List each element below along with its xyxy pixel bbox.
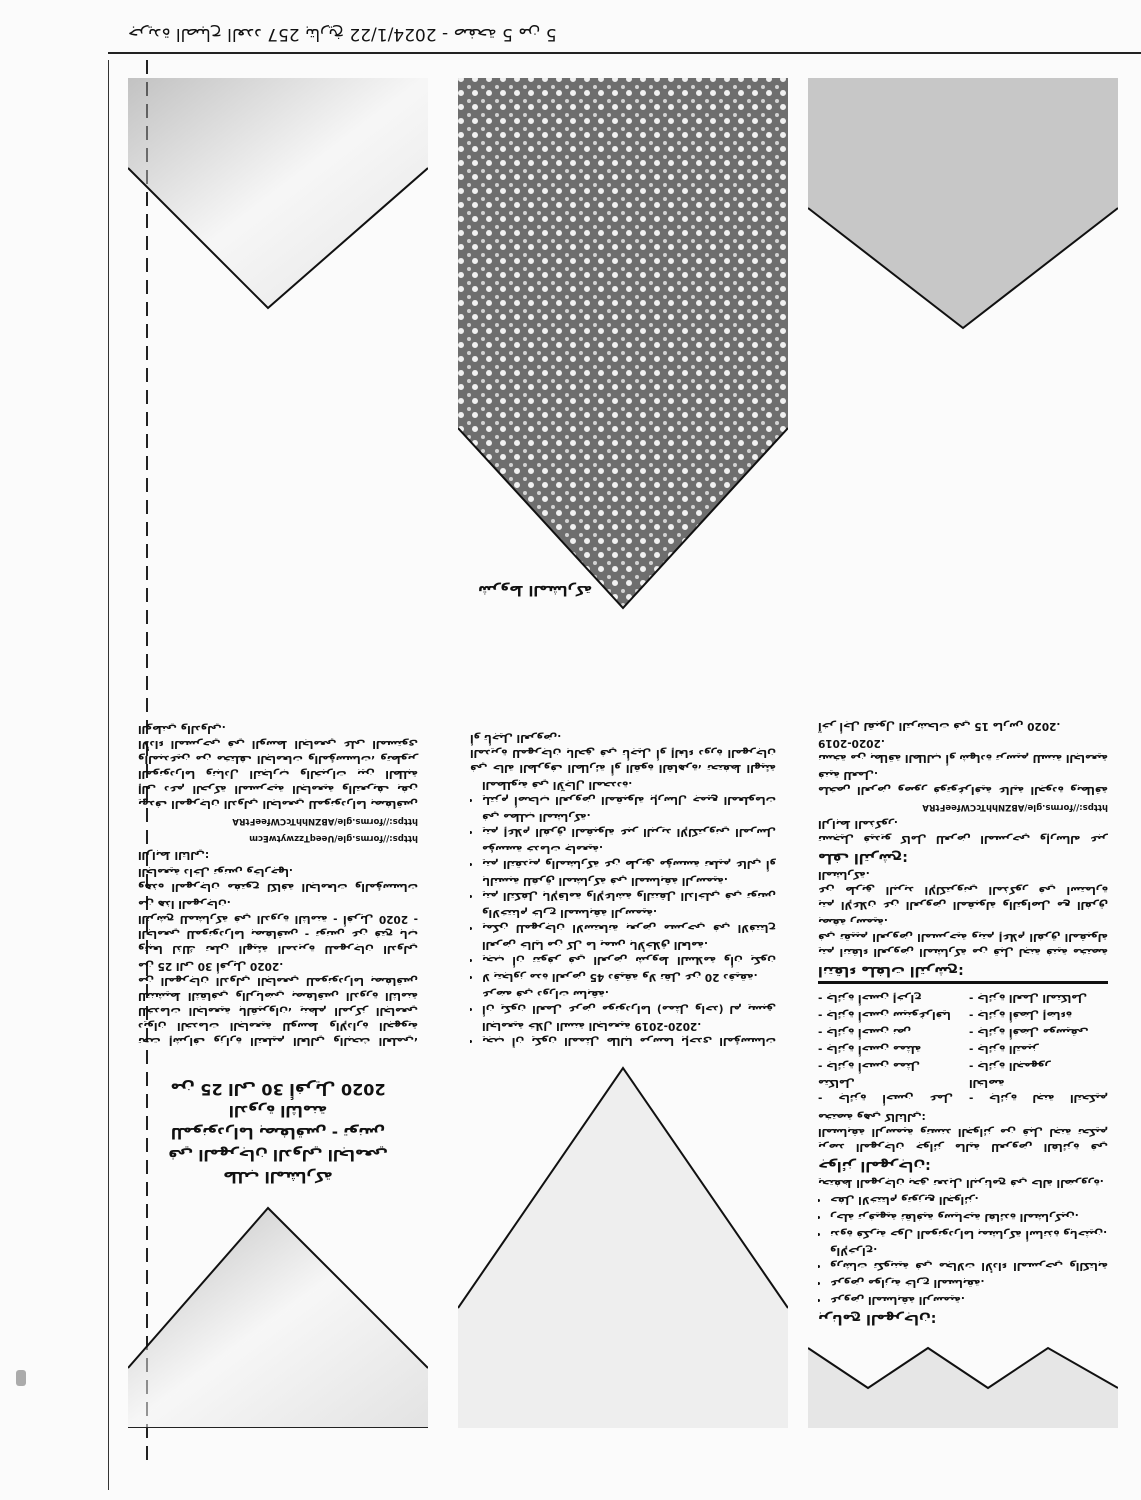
panel-application: برنامج المهرجان: عروض المسابقة الرسمية. … [808, 78, 1118, 1428]
cover-title-line: طلب المشاركة [138, 1166, 418, 1188]
scanned-page: جريدة الصباح العدد 257 بتاريخ 2024/1/22 … [0, 0, 1141, 1500]
award-item: جائزة أحسن ممثلة [818, 1041, 953, 1056]
condition-item: يتم التكفل بالإقامة والإعاشة والتنقل الد… [482, 873, 776, 903]
selection-paragraph: يتم انتقاء العروض المشاركة من قبل لجنة ف… [818, 914, 1108, 959]
awards-list-b: جائزة لجنة التحكيم الخاصة جائزة الجمهور … [969, 988, 1108, 1105]
condition-item: لا يتجاوز مدة العرض 45 دقيقة ولا تقل عن … [482, 969, 776, 984]
award-item: جائزة أحسن ممثل [818, 1058, 953, 1073]
awards-intro: يرصد المهرجان جوائز مالية للعروض الفائزة… [818, 1109, 1108, 1154]
intro-paragraph: وتبعا لذلك تعلن الهيئة المديرة للمهرجان … [138, 896, 418, 956]
conditions-block: يجب أن يكون الممثل طالبا مرسما بإحدى الم… [470, 618, 776, 1048]
condition-item: يلتزم أصحاب العروض المقبولة بإرسال جميع … [482, 777, 776, 807]
award-item: جائزة العمل المتكامل [969, 990, 1108, 1005]
cover-title-line: في المهرجان الدولي الجامعي [138, 1144, 418, 1166]
registration-link[interactable]: https://forms.gle/ABZNhhTcCWfeeFtRA [138, 813, 418, 828]
application-heading: ملف الترشح: [818, 850, 1108, 865]
awards-list-a: جائزة أحسن عمل متكامل جائزة أحسن ممثل جا… [818, 988, 953, 1105]
intro-paragraph: تحت إشراف وزارة التعليم العالي والبحث ال… [138, 958, 418, 1048]
award-item: جائزة أحسن سينوغرافيا [818, 1007, 953, 1022]
program-item: ندوة فكرية حول المونودراما بمشاركة أساتذ… [830, 1226, 1108, 1241]
condition-item: يجب أن يكون الممثل طالبا مرسما بإحدى الم… [482, 1018, 776, 1048]
application-paragraph: نسخة من بطاقة الطالب أو شهادة ترسيم للسن… [818, 735, 1108, 765]
application-paragraph: تسجيل فيديو كامل للعرض المسرحي وإرساله ع… [818, 816, 1108, 846]
program-heading: برنامج المهرجان: [818, 1311, 1108, 1326]
brochure-rotated: جريدة الصباح العدد 257 بتاريخ 2024/1/22 … [108, 58, 1141, 1448]
awards-lists: جائزة أحسن عمل متكامل جائزة أحسن ممثل جا… [818, 988, 1108, 1105]
program-closing: يحتفظ المهرجان بحق تعديل البرنامج في حال… [818, 1175, 1108, 1190]
selection-heading: انتقاء ملفات الترشح: [818, 963, 1108, 978]
program-item: حفل الاختتام وتوزيع الجوائز. [830, 1192, 1108, 1207]
program-item: رحلة ترفيهية ثقافية وسياحية لفائدة المشا… [830, 1209, 1108, 1224]
application-link[interactable]: https://forms.gle/ABZNhhTcCWfeeFtRA [818, 799, 1108, 814]
award-item: جائزة أفضل موسيقى [969, 1024, 1108, 1039]
selection-paragraph: يتم الإعلان عن العروض المقبولة والتواصل … [818, 867, 1108, 912]
program-item: عروض المسابقة الرسمية. [830, 1292, 1108, 1307]
objectives-paragraph: يهدف المهرجان الدولي الجامعي للمونودراما… [138, 721, 418, 811]
award-item: جائزة أحسن إخراج [818, 990, 953, 1005]
cover-block: طلب المشاركة في المهرجان الدولي الجامعي … [138, 719, 418, 1188]
cover-dates: من 25 الى 30 أفريل 2020 [138, 1078, 418, 1100]
award-item: جائزة التميز [969, 1041, 1108, 1056]
intro-paragraph: وهذه المهرجان مفتوح لكافة الجامعات والمؤ… [138, 864, 418, 894]
program-item: عروض موازية خارج المسابقة. [830, 1275, 1108, 1290]
page-header: جريدة الصباح العدد 257 بتاريخ 2024/1/22 … [128, 24, 811, 44]
awards-heading: جوائز المهرجان: [818, 1158, 1108, 1173]
award-item: جائزة أحسن نص [818, 1024, 953, 1039]
application-block: برنامج المهرجان: عروض المسابقة الرسمية. … [818, 338, 1108, 1328]
cover-title-line: للمونودراما بصفاقس - تونس [138, 1122, 418, 1144]
award-item: جائزة الجمهور [969, 1058, 1108, 1073]
scan-smudge [16, 1370, 26, 1386]
application-paragraph: ملخص العرض وصور فوتوغرافية عالية الجودة … [818, 767, 1108, 797]
condition-item: يتم التقديم والمشاركة عن طريق مؤسسة تعلي… [482, 841, 776, 871]
condition-item: يتم إعلام الفرق المقبولة عبر البريد الإل… [482, 809, 776, 839]
awards-divider [818, 981, 1108, 984]
award-item: جائزة أفضل إضاءة [969, 1007, 1108, 1022]
panel-cover: طلب المشاركة في المهرجان الدولي الجامعي … [128, 78, 428, 1428]
condition-item: يجب أن تتوفر في العرض شروط السلامة وأن ي… [482, 937, 776, 967]
cancellation-note: في حالة الظروف الطارئة أو القوة القاهرة،… [470, 730, 776, 775]
header-rule [108, 52, 1141, 54]
cover-title-line: الدورة الثامنة [138, 1100, 418, 1122]
award-item: جائزة أحسن عمل متكامل [818, 1075, 953, 1105]
intro-paragraph: الرابط التالي: [138, 847, 418, 862]
cover-title: طلب المشاركة في المهرجان الدولي الجامعي … [138, 1078, 418, 1188]
condition-item: أن يكون العمل عرض مونودراما (ممثل واحد) … [482, 986, 776, 1016]
application-paragraph: آخر أجل لقبول الترشحات في 15 مارس 2020. [818, 718, 1108, 733]
program-item: ورشات تكوينية في مجالات الأداء المسرحي و… [830, 1243, 1108, 1273]
award-item: جائزة لجنة التحكيم الخاصة [969, 1075, 1108, 1105]
condition-item: يمكن للمهرجان الاستعانة بعرض مسرحي في ال… [482, 905, 776, 935]
registration-link[interactable]: https://forms.gle/UeeqTzzwytwEcm [138, 830, 418, 845]
panel-conditions: يجب أن يكون الممثل طالبا مرسما بإحدى الم… [458, 78, 788, 1428]
conditions-heading: شروط المشاركة [478, 582, 592, 597]
